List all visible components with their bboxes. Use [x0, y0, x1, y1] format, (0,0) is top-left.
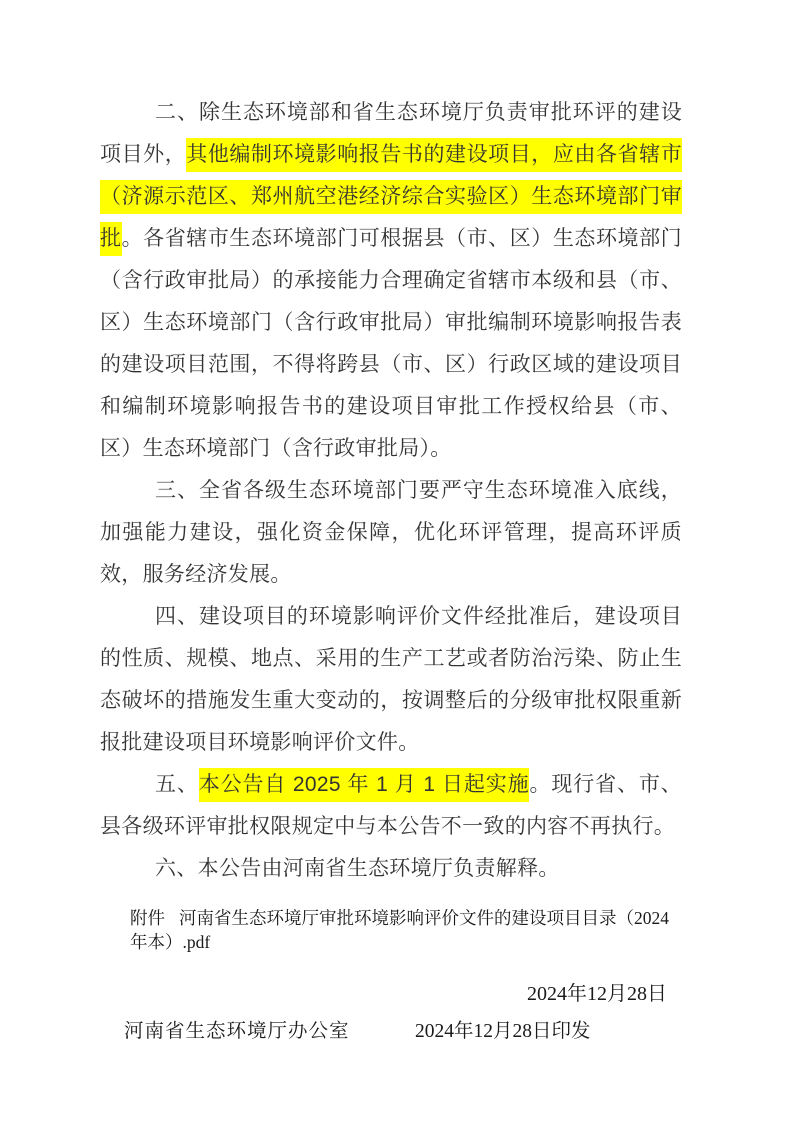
document-page: 二、除生态环境部和省生态环境厅负责审批环评的建设项目外，其他编制环境影响报告书的… — [0, 0, 800, 1131]
attachment-pdf-link[interactable]: 河南省生态环境厅审批环境影响评价文件的建设项目目录（2024年本）.pdf — [130, 908, 669, 952]
notice-body: 二、除生态环境部和省生态环境厅负责审批环评的建设项目外，其他编制环境影响报告书的… — [100, 0, 682, 1046]
footer-print-date: 2024年12月28日印发 — [415, 1018, 591, 1046]
para6-text: 六、本公告由河南省生态环境厅负责解释。 — [155, 857, 560, 880]
footer-office: 河南省生态环境厅办公室 — [124, 1018, 350, 1046]
issue-date: 2024年12月28日 — [100, 982, 682, 1006]
paragraph-item-6: 六、本公告由河南省生态环境厅负责解释。 — [100, 848, 682, 890]
paragraph-item-5: 五、本公告自 2025 年 1 月 1 日起实施。现行省、市、县各级环评审批权限… — [100, 764, 682, 848]
para5-text-pre: 五、 — [155, 773, 199, 796]
footer-row: 河南省生态环境厅办公室 2024年12月28日印发 — [100, 1018, 682, 1046]
para5-highlight: 本公告自 2025 年 1 月 1 日起实施 — [199, 768, 530, 802]
para4-text: 四、建设项目的环境影响评价文件经批准后，建设项目的性质、规模、地点、采用的生产工… — [100, 605, 682, 754]
paragraph-item-2: 二、除生态环境部和省生态环境厅负责审批环评的建设项目外，其他编制环境影响报告书的… — [100, 92, 682, 470]
para3-text: 三、全省各级生态环境部门要严守生态环境准入底线，加强能力建设，强化资金保障，优化… — [100, 479, 682, 586]
attachment-label: 附件 — [130, 908, 165, 928]
paragraph-item-3: 三、全省各级生态环境部门要严守生态环境准入底线，加强能力建设，强化资金保障，优化… — [100, 470, 682, 596]
attachment-row: 附件河南省生态环境厅审批环境影响评价文件的建设项目目录（2024年本）.pdf — [100, 906, 682, 954]
para2-text-post: 。各省辖市生态环境部门可根据县（市、区）生态环境部门（含行政审批局）的承接能力合… — [100, 227, 682, 460]
paragraph-item-4: 四、建设项目的环境影响评价文件经批准后，建设项目的性质、规模、地点、采用的生产工… — [100, 596, 682, 764]
